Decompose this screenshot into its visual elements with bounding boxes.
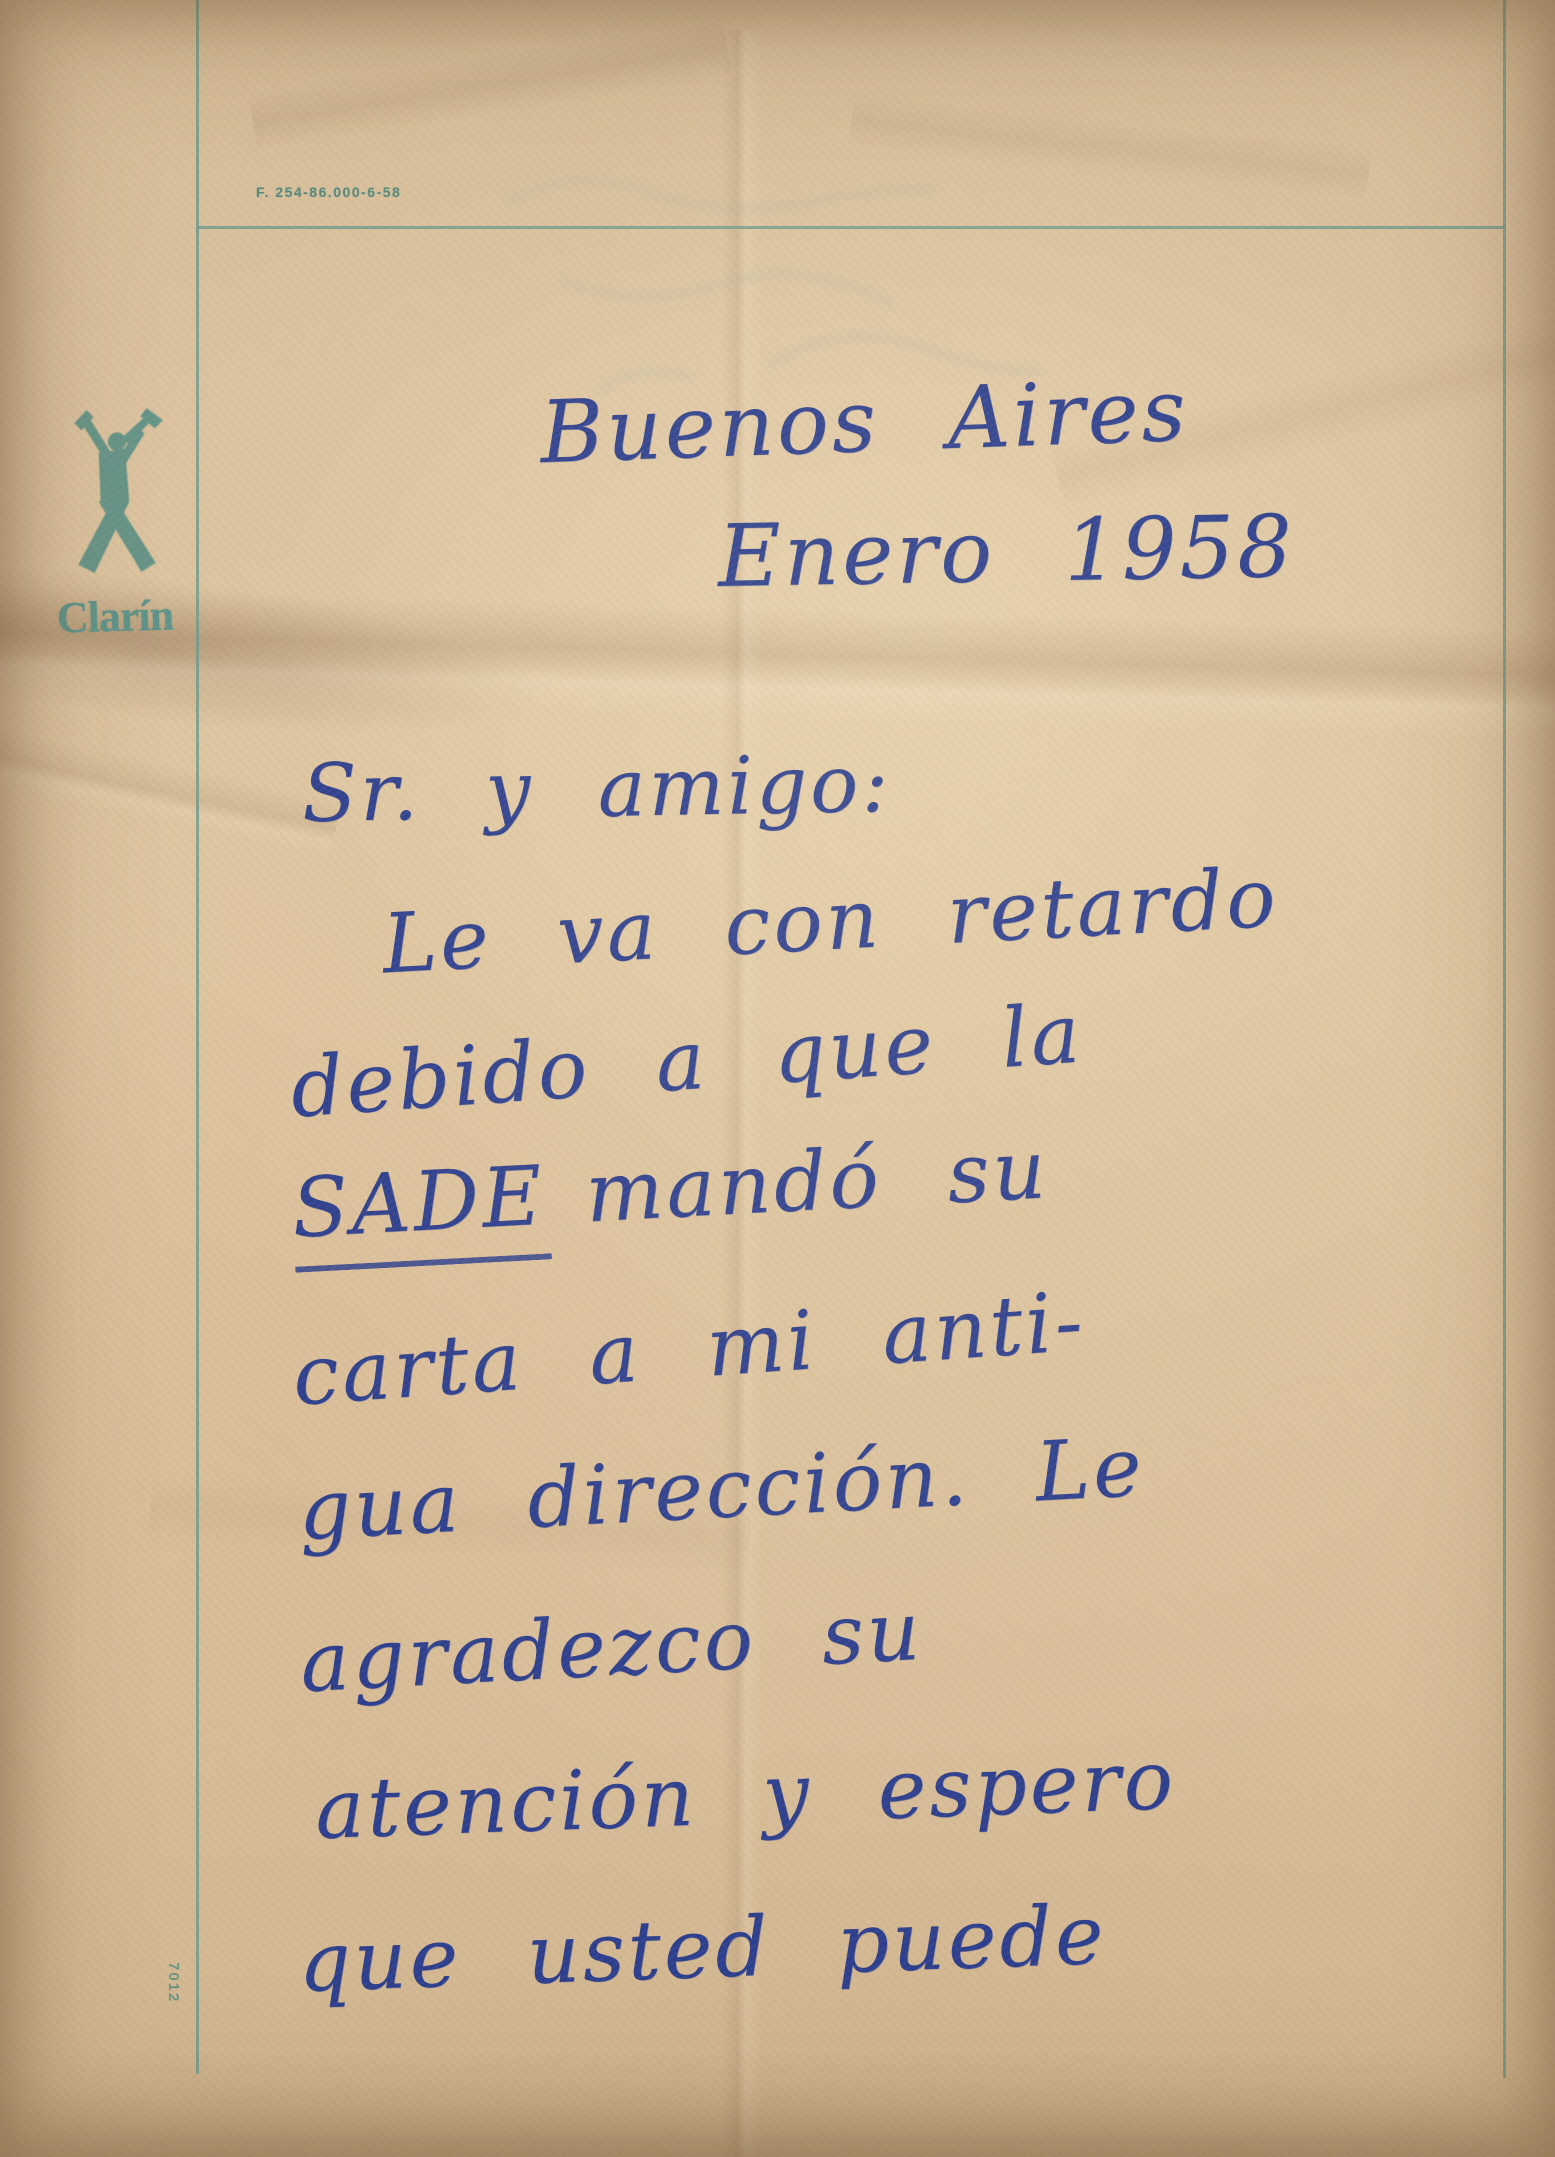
letterhead-rule-top (197, 226, 1505, 229)
handwriting-line: agradezco su (298, 1584, 925, 1711)
handwriting-salutation: Sr. y amigo: (301, 737, 892, 840)
handwriting-line: atención y espero (314, 1733, 1178, 1858)
paper-crease-horizontal (0, 585, 1555, 740)
brand-wordmark: Clarín (39, 589, 190, 644)
handwriting-underlined-word: SADE (290, 1148, 552, 1272)
handwriting-line-rest: mandó su (583, 1122, 1051, 1241)
clarin-logo: Clarín (40, 408, 190, 642)
letter-page: F. 254-86.000-6-58 (0, 0, 1555, 2157)
handwriting-line: Le va con retardo (380, 851, 1281, 993)
handwriting-line: SADEmandó su (290, 1122, 1052, 1272)
handwriting-line: que usted puede (297, 1888, 1108, 2011)
handwriting-line: debido a que la (288, 986, 1086, 1136)
letterhead-rule-right (1503, 0, 1506, 2078)
letterhead-rule-left (196, 0, 199, 2074)
paper-wrinkle (0, 721, 342, 859)
handwriting-line: carta a mi anti- (290, 1274, 1089, 1424)
paper-wrinkle (248, 18, 731, 152)
trumpeter-icon (56, 408, 174, 576)
form-number: F. 254-86.000-6-58 (256, 184, 401, 200)
serial-number: 7012 (165, 1962, 182, 2003)
paper-wrinkle (849, 93, 1372, 202)
handwriting-place: Buenos Aires (538, 361, 1190, 484)
handwriting-line: gua dirección. Le (296, 1420, 1147, 1559)
handwriting-date: Enero 1958 (717, 497, 1296, 607)
